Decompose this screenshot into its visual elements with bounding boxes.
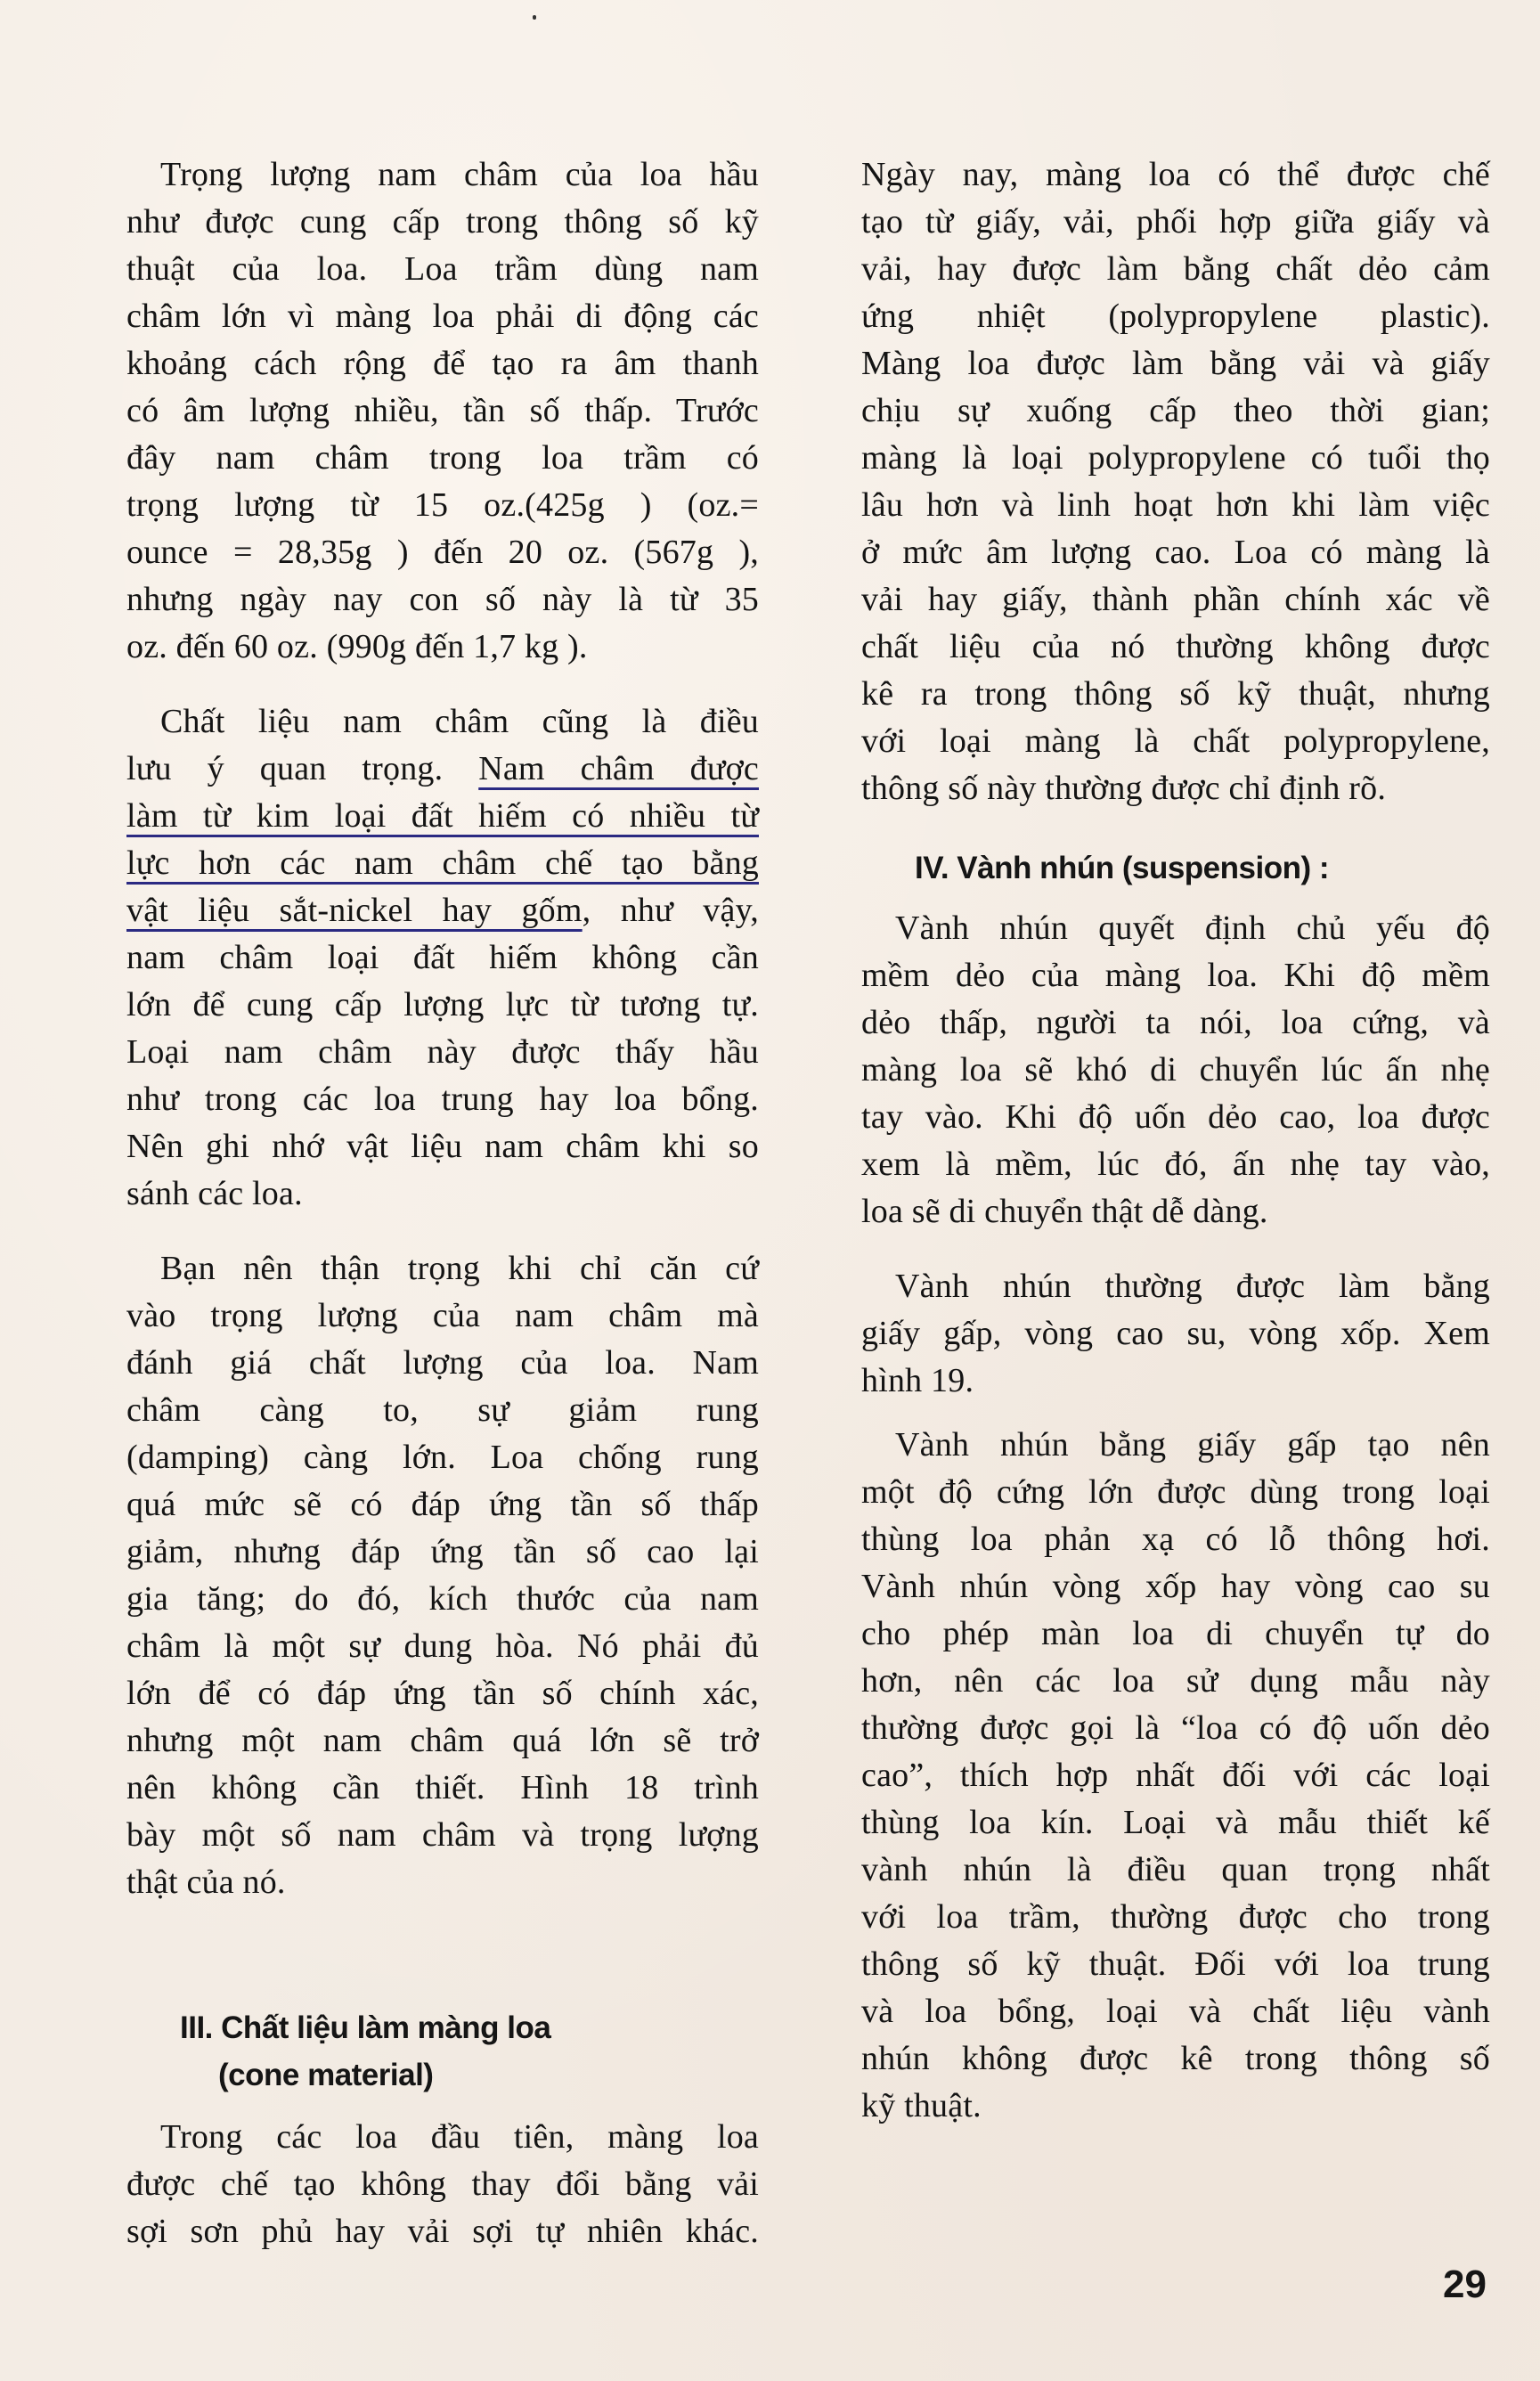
- text-line: nên không cần thiết. Hình 18 trình: [126, 1765, 759, 1812]
- text-line: giảm, nhưng đáp ứng tần số cao lại: [126, 1529, 759, 1576]
- text-line: như được cung cấp trong thông số kỹ: [126, 199, 759, 246]
- text-line: tay vào. Khi độ uốn dẻo cao, loa được: [861, 1094, 1490, 1141]
- text-line: thùng loa kín. Loại và mẫu thiết kế: [861, 1799, 1490, 1847]
- text-line: thật của nó.: [126, 1859, 759, 1906]
- text-line: mềm dẻo của màng loa. Khi độ mềm: [861, 952, 1490, 999]
- text-line: Vành nhún thường được làm bằng: [861, 1263, 1490, 1310]
- text-line: cho phép màn loa di chuyển tự do: [861, 1610, 1490, 1658]
- text-line: kỹ thuật.: [861, 2083, 1490, 2130]
- paragraph-magnet-weight: Trọng lượng nam châm của loa hầu như đượ…: [126, 151, 759, 671]
- text-line: Nên ghi nhớ vật liệu nam châm khi so: [126, 1123, 759, 1170]
- text-line: xem là mềm, lúc đó, ấn nhẹ tay vào,: [861, 1141, 1490, 1188]
- text-line: nhưng ngày nay con số này là từ 35: [126, 576, 759, 624]
- text-line: vật liệu sắt-nickel hay gốm, như vậy,: [126, 887, 759, 934]
- text-line: cao”, thích hợp nhất đối với các loại: [861, 1752, 1490, 1799]
- text-line: được chế tạo không thay đổi bằng vải: [126, 2161, 759, 2208]
- text-line: tạo từ giấy, vải, phối hợp giữa giấy và: [861, 199, 1490, 246]
- text-line: vành nhún là điều quan trọng nhất: [861, 1847, 1490, 1894]
- text-line: lớn để cung cấp lượng lực từ tương tự.: [126, 982, 759, 1029]
- paragraph-magnet-material: Chất liệu nam châm cũng là điều lưu ý qu…: [126, 698, 759, 1218]
- heading-line: (cone material): [180, 2051, 550, 2099]
- text-line: nhún không được kê trong thông số: [861, 2035, 1490, 2083]
- text-line: thường được gọi là “loa có độ uốn dẻo: [861, 1705, 1490, 1752]
- text-line: với loa trầm, thường được cho trong: [861, 1894, 1490, 1941]
- text-line: quá mức sẽ có đáp ứng tần số thấp: [126, 1481, 759, 1529]
- paragraph-suspension-flexibility: Vành nhún quyết định chủ yếu độ mềm dẻo …: [861, 905, 1490, 1235]
- text-line: ounce = 28,35g ) đến 20 oz. (567g ),: [126, 529, 759, 576]
- text-line: (damping) càng lớn. Loa chống rung: [126, 1434, 759, 1481]
- section-heading-suspension: IV. Vành nhún (suspension) :: [915, 844, 1329, 892]
- text-line: thông số kỹ thuật. Đối với loa trung: [861, 1941, 1490, 1988]
- text-line: chịu sự xuống cấp theo thời gian;: [861, 387, 1490, 435]
- text-line: vào trọng lượng của nam châm mà: [126, 1292, 759, 1340]
- text-line: ứng nhiệt (polypropylene plastic).: [861, 293, 1490, 340]
- text-line: với loại màng là chất polypropylene,: [861, 718, 1490, 765]
- text-line: đánh giá chất lượng của loa. Nam: [126, 1340, 759, 1387]
- paragraph-early-cones: Trong các loa đầu tiên, màng loa được ch…: [126, 2114, 759, 2255]
- text-line: nhưng một nam châm quá lớn sẽ trở: [126, 1717, 759, 1765]
- text-line: chất liệu của nó thường không được: [861, 624, 1490, 671]
- text-line: giấy gấp, vòng cao su, vòng xốp. Xem: [861, 1310, 1490, 1358]
- text-line: Loại nam châm này được thấy hầu: [126, 1029, 759, 1076]
- section-heading-cone-material: III. Chất liệu làm màng loa (cone materi…: [180, 2004, 550, 2099]
- print-speck: [533, 15, 536, 20]
- text-line: một độ cứng lớn được dùng trong loại: [861, 1469, 1490, 1516]
- text-line: nam châm loại đất hiếm không cần: [126, 934, 759, 982]
- text-line: châm lớn vì màng loa phải di động các: [126, 293, 759, 340]
- paragraph-suspension-details: Vành nhún bằng giấy gấp tạo nên một độ c…: [861, 1422, 1490, 2130]
- text-line: màng loa sẽ khó di chuyển lúc ấn nhẹ: [861, 1047, 1490, 1094]
- text-line: như trong các loa trung hay loa bổng.: [126, 1076, 759, 1123]
- text-line: oz. đến 60 oz. (990g đến 1,7 kg ).: [126, 624, 759, 671]
- handwritten-underline-text: Nam châm được: [478, 750, 759, 787]
- text-line: gia tăng; do đó, kích thước của nam: [126, 1576, 759, 1623]
- text-line: ở mức âm lượng cao. Loa có màng là: [861, 529, 1490, 576]
- text-line: hơn, nên các loa sử dụng mẫu này: [861, 1658, 1490, 1705]
- text-line: bày một số nam châm và trọng lượng: [126, 1812, 759, 1859]
- text-line: hình 19.: [861, 1358, 1490, 1405]
- text-line: khoảng cách rộng để tạo ra âm thanh: [126, 340, 759, 387]
- paragraph-magnet-caution: Bạn nên thận trọng khi chỉ căn cứ vào tr…: [126, 1245, 759, 1906]
- text-segment: lưu ý quan trọng.: [126, 750, 478, 787]
- text-line: thông số này thường được chỉ định rõ.: [861, 765, 1490, 812]
- text-line: vải, hay được làm bằng chất dẻo cảm: [861, 246, 1490, 293]
- text-line: Ngày nay, màng loa có thể được chế: [861, 151, 1490, 199]
- text-line: kê ra trong thông số kỹ thuật, nhưng: [861, 671, 1490, 718]
- text-line: Trong các loa đầu tiên, màng loa: [126, 2114, 759, 2161]
- text-line: dẻo thấp, người ta nói, loa cứng, và: [861, 999, 1490, 1047]
- text-line: và loa bổng, loại và chất liệu vành: [861, 1988, 1490, 2035]
- text-line: sợi sơn phủ hay vải sợi tự nhiên khác.: [126, 2208, 759, 2255]
- text-line: lớn để có đáp ứng tần số chính xác,: [126, 1670, 759, 1717]
- text-line: châm càng to, sự giảm rung: [126, 1387, 759, 1434]
- paragraph-modern-cones: Ngày nay, màng loa có thể được chế tạo t…: [861, 151, 1490, 812]
- text-line: Chất liệu nam châm cũng là điều: [126, 698, 759, 746]
- text-line: có âm lượng nhiều, tần số thấp. Trước: [126, 387, 759, 435]
- text-segment: , như vậy,: [583, 892, 759, 929]
- text-line: Bạn nên thận trọng khi chỉ căn cứ: [126, 1245, 759, 1292]
- text-line: màng là loại polypropylene có tuổi thọ: [861, 435, 1490, 482]
- text-line: lưu ý quan trọng. Nam châm được: [126, 746, 759, 793]
- text-line: sánh các loa.: [126, 1170, 759, 1218]
- text-line: thuật của loa. Loa trầm dùng nam: [126, 246, 759, 293]
- heading-line: III. Chất liệu làm màng loa: [180, 2004, 550, 2051]
- text-line: vải hay giấy, thành phần chính xác về: [861, 576, 1490, 624]
- text-line: châm là một sự dung hòa. Nó phải đủ: [126, 1623, 759, 1670]
- text-line: trọng lượng từ 15 oz.(425g ) (oz.=: [126, 482, 759, 529]
- paragraph-suspension-types: Vành nhún thường được làm bằng giấy gấp,…: [861, 1263, 1490, 1405]
- handwritten-underline-text: lực hơn các nam châm chế tạo bằng: [126, 840, 759, 887]
- text-line: Trọng lượng nam châm của loa hầu: [126, 151, 759, 199]
- handwritten-underline-text: làm từ kim loại đất hiếm có nhiều từ: [126, 793, 759, 840]
- handwritten-underline-text: vật liệu sắt-nickel hay gốm: [126, 892, 583, 929]
- text-line: lâu hơn và linh hoạt hơn khi làm việc: [861, 482, 1490, 529]
- text-line: Vành nhún vòng xốp hay vòng cao su: [861, 1563, 1490, 1610]
- text-line: đây nam châm trong loa trầm có: [126, 435, 759, 482]
- text-line: Vành nhún quyết định chủ yếu độ: [861, 905, 1490, 952]
- text-line: thùng loa phản xạ có lỗ thông hơi.: [861, 1516, 1490, 1563]
- text-line: loa sẽ di chuyển thật dễ dàng.: [861, 1188, 1490, 1235]
- text-line: Vành nhún bằng giấy gấp tạo nên: [861, 1422, 1490, 1469]
- page-number: 29: [1443, 2263, 1487, 2307]
- text-line: Màng loa được làm bằng vải và giấy: [861, 340, 1490, 387]
